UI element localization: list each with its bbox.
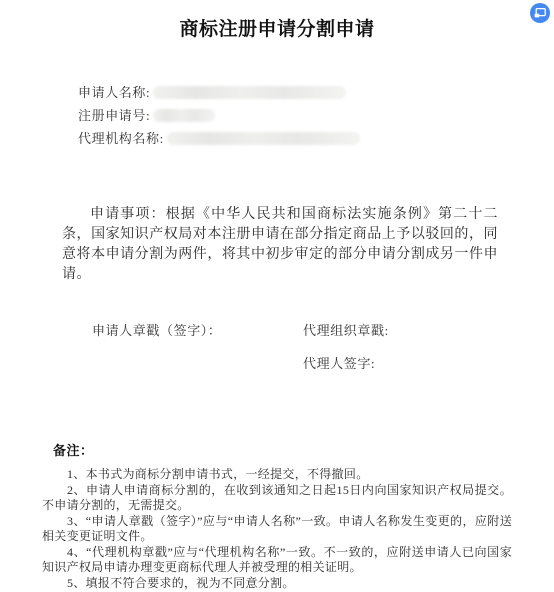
- redacted-applicant-name-value: [153, 86, 346, 99]
- field-agency-name-label: 代理机构名称:: [78, 131, 164, 146]
- note-item-2: 2、申请人申请商标分割的，在收到该通知之日起15日内向国家知识产权局提交。不申请…: [42, 483, 512, 514]
- field-registration-number: 注册申请号:: [78, 104, 360, 127]
- redacted-registration-number-value: [153, 109, 215, 122]
- field-applicant-name-label: 申请人名称:: [78, 85, 150, 100]
- field-applicant-name: 申请人名称:: [78, 81, 360, 104]
- applicant-seal-label: 申请人章戳（签字）：: [92, 320, 222, 339]
- notes-section: 备注： 1、本书式为商标分割申请书式，一经提交，不得撤回。 2、申请人申请商标分…: [42, 440, 512, 591]
- agency-seal-label: 代理组织章戳:: [303, 320, 389, 339]
- note-item-3: 3、“申请人章戳（签字）”应与“申请人名称”一致。申请人名称发生变更的，应附送相…: [42, 514, 512, 545]
- note-item-4: 4、“代理机构章戳”应与“代理机构名称”一致。不一致的，应附送申请人已向国家知识…: [42, 545, 512, 576]
- document-page: 商标注册申请分割申请 申请人名称: 注册申请号: 代理机构名称: 申请事项：根据…: [0, 0, 554, 592]
- note-item-1: 1、本书式为商标分割申请书式，一经提交，不得撤回。: [42, 467, 512, 483]
- application-matter-paragraph: 申请事项：根据《中华人民共和国商标法实施条例》第二十二条，国家知识产权局对本注册…: [62, 205, 498, 285]
- field-registration-number-label: 注册申请号:: [78, 108, 150, 123]
- applicant-fields: 申请人名称: 注册申请号: 代理机构名称:: [78, 81, 360, 150]
- page-title: 商标注册申请分割申请: [0, 14, 554, 41]
- agent-signature-label: 代理人签字:: [303, 353, 375, 372]
- redacted-agency-name-value: [167, 132, 360, 145]
- field-agency-name: 代理机构名称:: [78, 127, 360, 150]
- note-item-5: 5、填报不符合要求的，视为不同意分割。: [42, 576, 512, 592]
- notes-heading: 备注：: [53, 440, 512, 459]
